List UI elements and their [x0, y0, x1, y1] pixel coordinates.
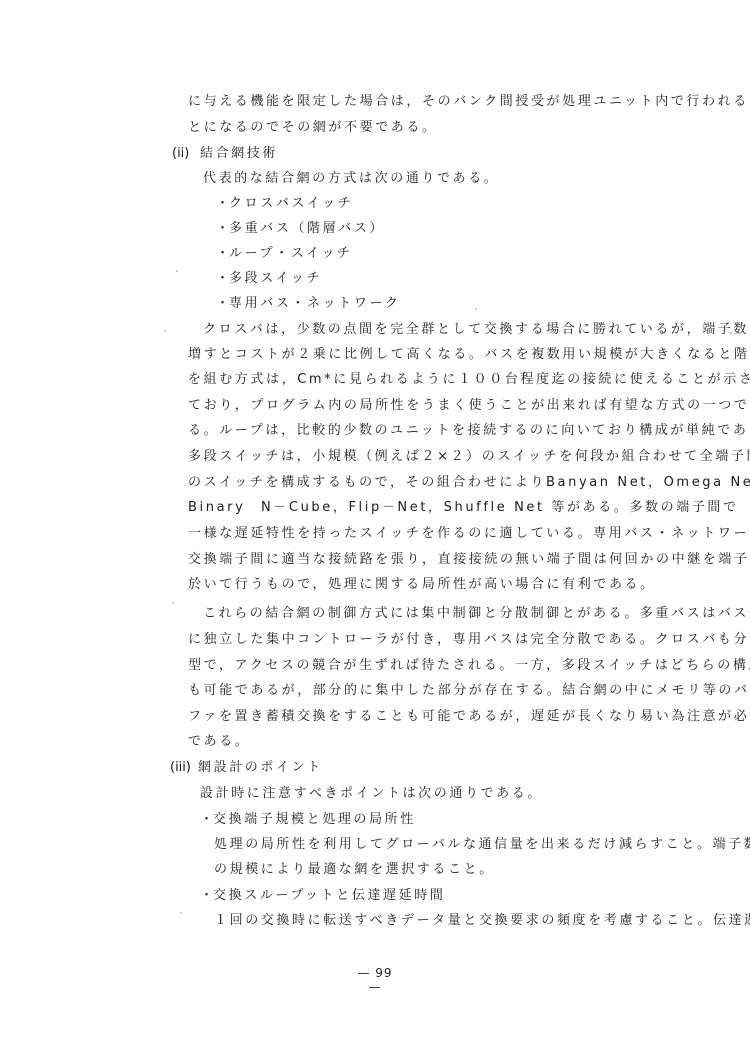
- list-item: 多重バス（階層バス）: [216, 221, 385, 237]
- list-item: ループ・スイッチ: [216, 246, 353, 262]
- paragraph-line: Binary N－Cube，Flip－Net，Shuffle Net 等がある。…: [188, 500, 739, 516]
- paragraph-line: とになるのでその網が不要である。: [188, 120, 438, 136]
- section-intro: 代表的な結合網の方式は次の通りである。: [203, 171, 499, 187]
- point-body-line: 処理の局所性を利用してグローバルな通信量を出来るだけ減らすこと。端子数: [214, 837, 750, 853]
- point-body-line: の規模により最適な網を選択すること。: [214, 862, 495, 878]
- list-item-label: ループ・スイッチ: [229, 246, 353, 261]
- point-title: 交換スループットと伝達遅延時間: [213, 888, 445, 903]
- section-intro: 設計時に注意すべきポイントは次の通りである。: [200, 786, 543, 802]
- paragraph-line: 多段スイッチは，小規模（例えば２×２）のスイッチを何段か組合わせて全端子間: [188, 449, 750, 465]
- paragraph-line: に独立した集中コントローラが付き，専用バスは完全分散である。クロスバも分散: [188, 632, 750, 648]
- paragraph-line: ており，プログラム内の局所性をうまく使うことが出来れば有望な方式の一つであ: [188, 398, 750, 414]
- list-item-label: クロスバスイッチ: [229, 196, 353, 211]
- section-number: (ii): [172, 146, 200, 162]
- scan-speck: [475, 308, 477, 310]
- list-item: 専用バス・ネットワーク: [216, 296, 401, 312]
- paragraph-line: も可能であるが，部分的に集中した部分が存在する。結合網の中にメモリ等のバッ: [188, 683, 750, 699]
- list-item: クロスバスイッチ: [216, 196, 353, 212]
- list-item-label: 多重バス（階層バス）: [229, 221, 385, 236]
- page-number: — 99 —: [350, 966, 400, 994]
- paragraph-line: のスイッチを構成するもので，その組合わせによりBanyan Net，Omega …: [188, 475, 750, 491]
- paragraph-line: 型で，アクセスの競合が生ずれば待たされる。一方，多段スイッチはどちらの構成: [188, 658, 750, 674]
- scan-speck: [176, 270, 178, 272]
- paragraph-line: である。: [188, 734, 250, 750]
- scan-speck: [730, 332, 732, 334]
- scan-speck: [164, 330, 166, 332]
- paragraph-line: クロスバは，少数の点間を完全群として交換する場合に勝れているが，端子数が: [203, 322, 750, 338]
- paragraph-line: を組む方式は，Cm*に見られるように１００台程度迄の接続に使えることが示され: [188, 372, 750, 388]
- paragraph-line: これらの結合網の制御方式には集中制御と分散制御とがある。多重バスはバス毎: [203, 606, 750, 622]
- point-item: 交換スループットと伝達遅延時間: [200, 888, 445, 904]
- paragraph-line: ファを置き蓄積交換をすることも可能であるが，遅延が長くなり易い為注意が必要: [188, 709, 750, 725]
- section-title: 結合網技術: [200, 146, 278, 161]
- list-item: 多段スイッチ: [216, 271, 322, 287]
- paragraph-line: 交換端子間に適当な接続路を張り，直接接続の無い端子間は何回かの中継を端子に: [188, 552, 750, 568]
- scan-speck: [172, 602, 174, 604]
- point-title: 交換端子規模と処理の局所性: [213, 812, 416, 827]
- paragraph-line: 増すとコストが２乗に比例して高くなる。バスを複数用い規模が大きくなると階層: [188, 347, 750, 363]
- section-heading-iii: (iii)網設計のポイント: [170, 760, 323, 776]
- list-item-label: 多段スイッチ: [229, 271, 322, 286]
- point-item: 交換端子規模と処理の局所性: [200, 812, 416, 828]
- document-page: に与える機能を限定した場合は，そのバンク間授受が処理ユニット内で行われるこ とに…: [0, 0, 750, 1054]
- section-heading-ii: (ii)結合網技術: [172, 146, 278, 162]
- paragraph-line: 於いて行うもので，処理に関する局所性が高い場合に有利である。: [188, 577, 656, 593]
- list-item-label: 専用バス・ネットワーク: [229, 296, 401, 311]
- point-body-line: １回の交換時に転送すべきデータ量と交換要求の頻度を考慮すること。伝達遅: [214, 913, 750, 929]
- paragraph-line: 一様な遅延特性を持ったスイッチを作るのに適している。専用バス・ネットワークは，: [188, 526, 750, 542]
- section-title: 網設計のポイント: [198, 760, 323, 775]
- scan-speck: [180, 912, 182, 914]
- section-number: (iii): [170, 760, 198, 776]
- paragraph-line: る。ループは，比較的少数のユニットを接続するのに向いており構成が単純である。: [188, 423, 750, 439]
- paragraph-line: に与える機能を限定した場合は，そのバンク間授受が処理ユニット内で行われるこ: [188, 94, 750, 110]
